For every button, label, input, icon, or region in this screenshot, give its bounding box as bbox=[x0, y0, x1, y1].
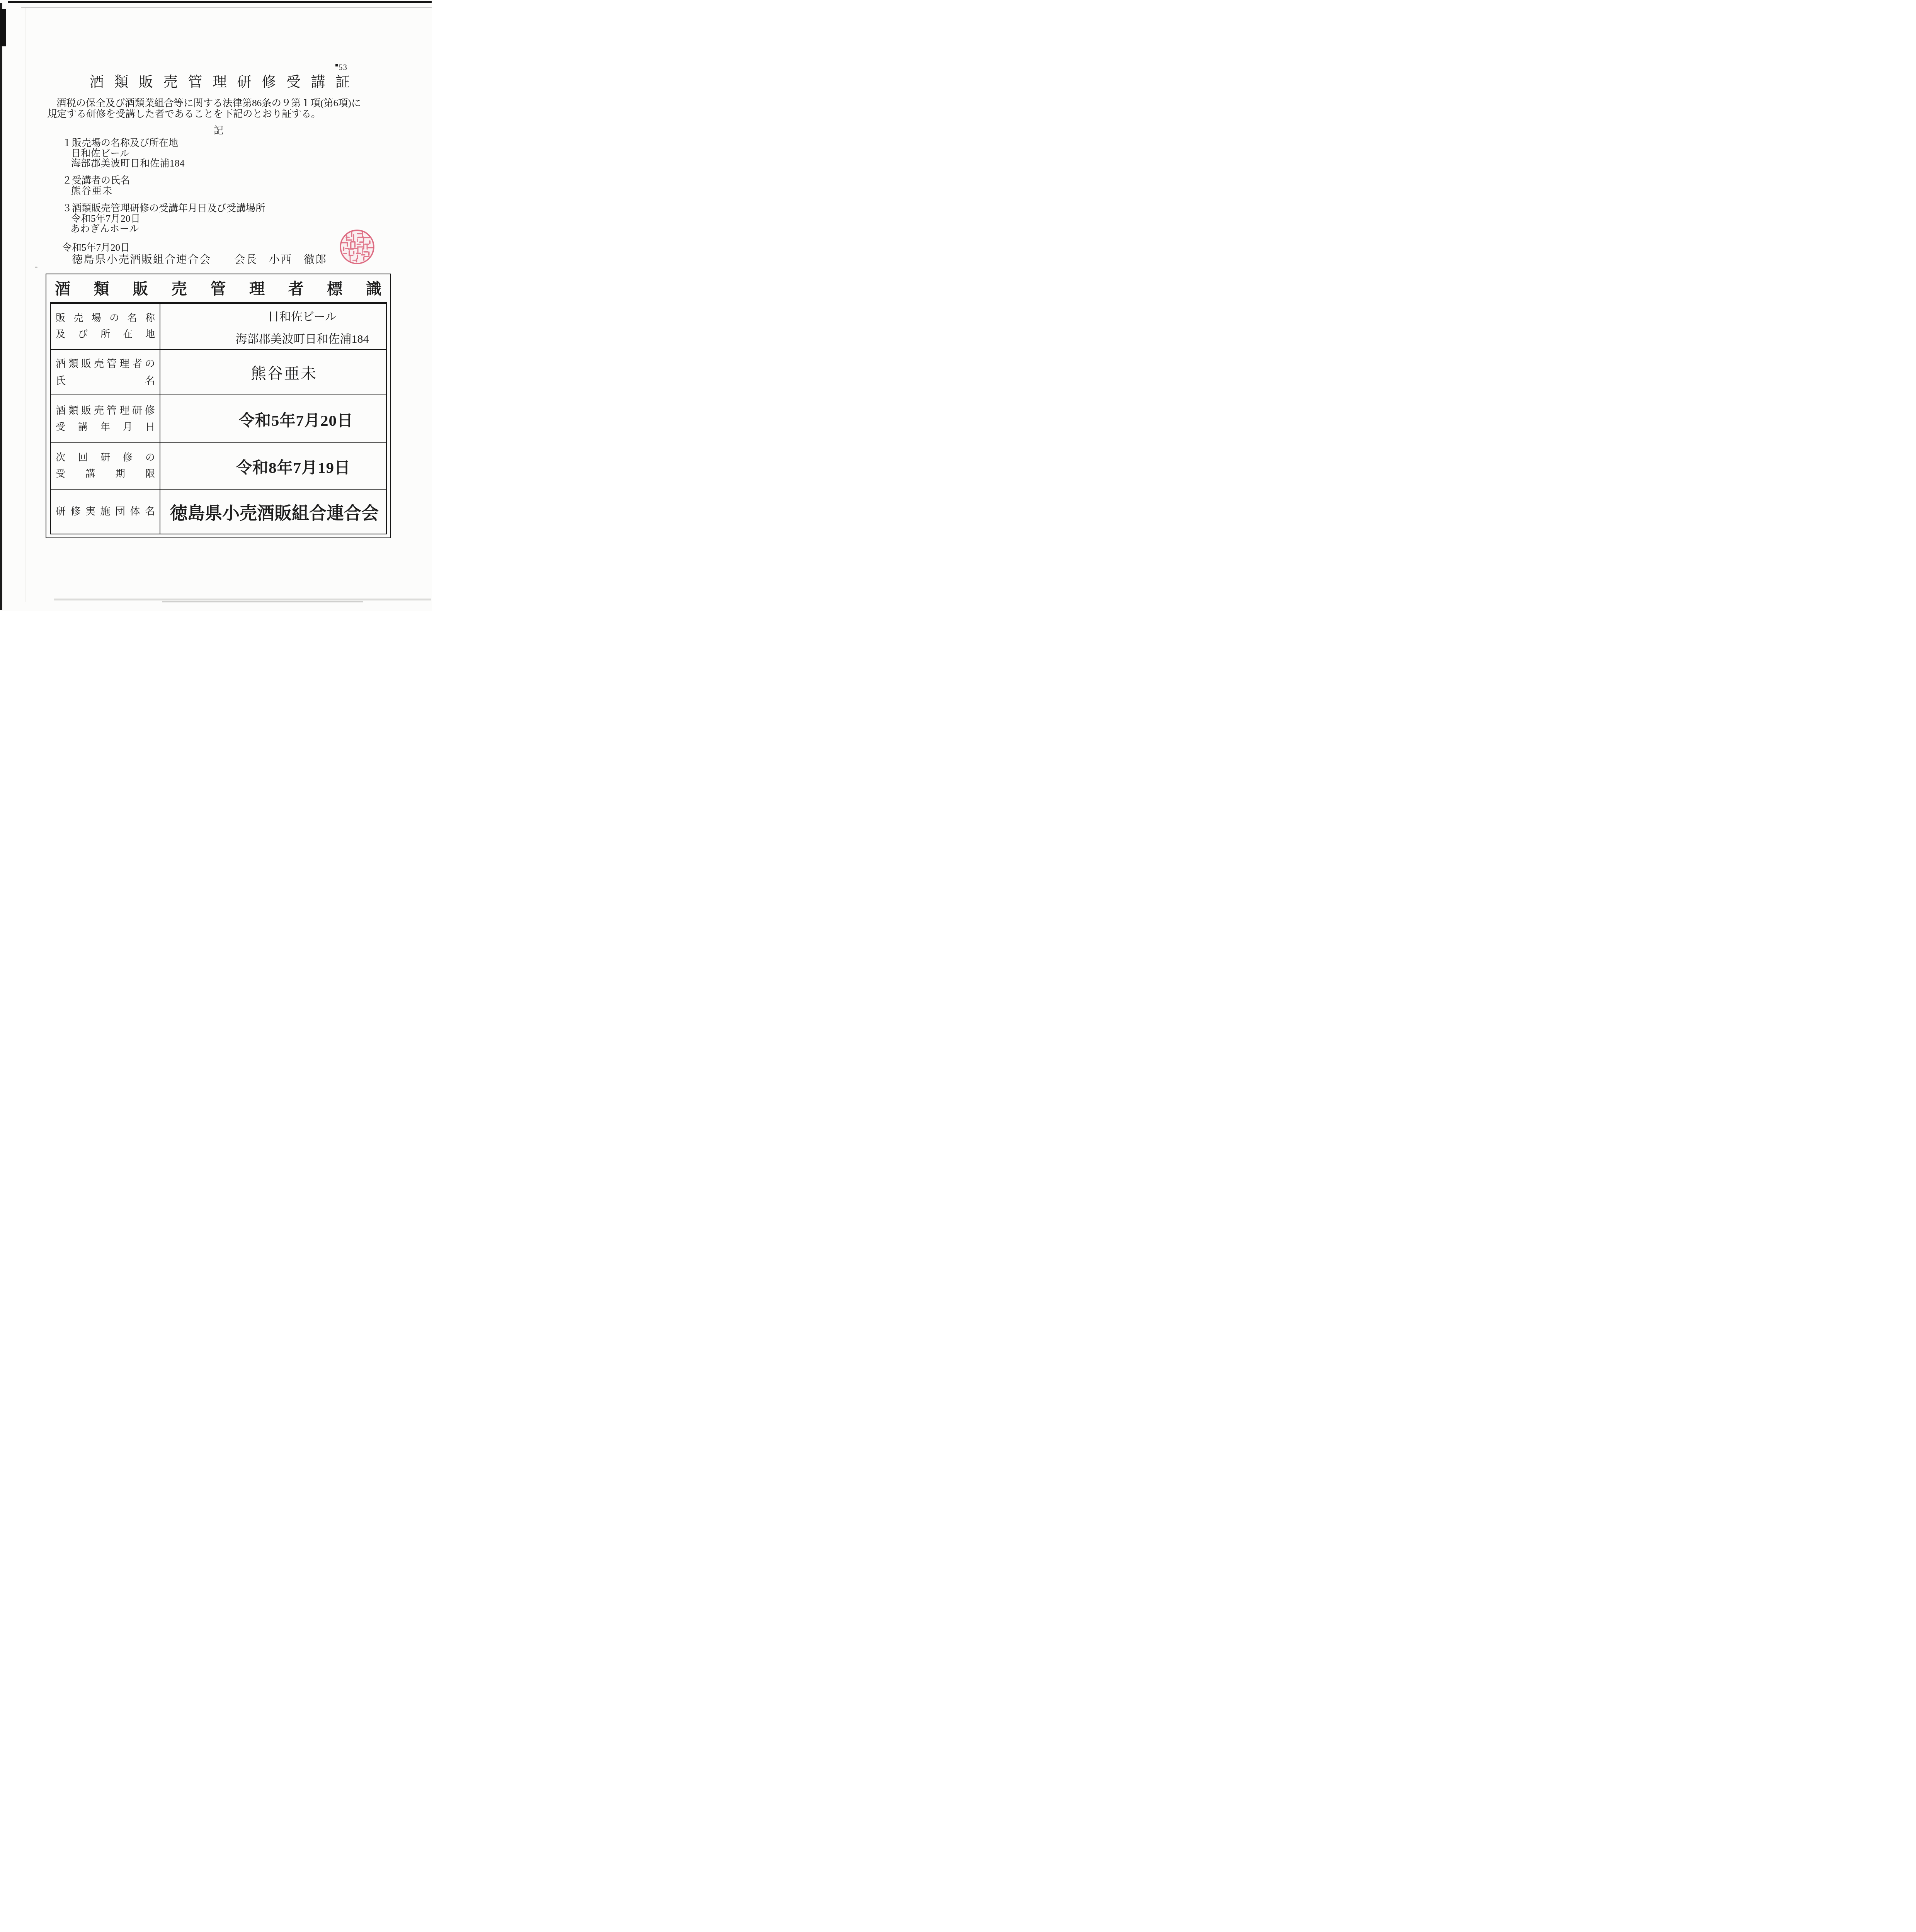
row-1-label-line-1: 販売場の名称 bbox=[56, 313, 155, 324]
scan-artifact-top-gray-line bbox=[21, 7, 432, 8]
row-4-label-line-1: 次回研修の bbox=[56, 452, 155, 464]
table-row-5-label: 研修実施団体名 bbox=[51, 490, 160, 534]
row-4-label-line-2: 受講期限 bbox=[56, 468, 155, 480]
scan-artifact-top-edge bbox=[8, 1, 432, 3]
table-row-2-value: 熊谷亜未 bbox=[160, 350, 386, 395]
table-row-5-value: 徳島県小売酒販組合連合会 bbox=[160, 490, 386, 534]
training-organization-value: 徳島県小売酒販組合連合会 bbox=[170, 499, 379, 524]
issuer-seal-stamp bbox=[339, 229, 375, 265]
table-row-4-label: 次回研修の 受講期限 bbox=[51, 443, 160, 490]
scan-artifact-left-edge bbox=[0, 3, 2, 610]
certificate-body-line-1: 酒税の保全及び酒類業組合等に関する法律第86条の９第１項(第6項)に bbox=[56, 97, 361, 109]
certificate-title: 酒類販売管理研修受講証 bbox=[4, 74, 432, 91]
item-2-attendee-name: 熊谷亜未 bbox=[71, 183, 113, 197]
scan-artifact-small-mark bbox=[35, 267, 37, 268]
table-row-3-value: 令和5年7月20日 bbox=[160, 395, 386, 443]
certificate-body-line-2: 規定する研修を受講した者であることを下記のとおり証する。 bbox=[47, 108, 321, 119]
next-training-deadline-value: 令和8年7月19日 bbox=[236, 455, 351, 478]
row-2-label-line-1: 酒類販売管理者の bbox=[56, 358, 155, 370]
table-row-2-label: 酒類販売管理者の 氏名 bbox=[51, 350, 160, 395]
row-3-label-line-2: 受講年月日 bbox=[56, 422, 155, 433]
scan-artifact-page-fold-line bbox=[25, 8, 26, 602]
scan-artifact-ink-dot bbox=[335, 64, 338, 66]
item-3-training-venue: あわぎんホール bbox=[70, 221, 139, 235]
shop-address-value: 海部郡美波町日和佐浦184 bbox=[236, 329, 369, 346]
row-5-label-line-1: 研修実施団体名 bbox=[56, 505, 155, 517]
row-1-label-line-2: 及び所在地 bbox=[56, 329, 155, 340]
row-3-label-line-1: 酒類販売管理研修 bbox=[56, 405, 155, 417]
page-number: 53 bbox=[339, 63, 347, 72]
table-row-3-label: 酒類販売管理研修 受講年月日 bbox=[51, 395, 160, 443]
item-1-shop-address: 海部郡美波町日和佐浦184 bbox=[71, 156, 185, 170]
row-2-label-line-2: 氏名 bbox=[56, 375, 155, 387]
sign-board-table: 販売場の名称 及び所在地 日和佐ビール 海部郡美波町日和佐浦184 酒類販売管理… bbox=[50, 302, 387, 534]
seal-icon bbox=[339, 229, 375, 265]
sign-board-title: 酒類販売管理者標識 bbox=[46, 277, 390, 301]
scan-artifact-bottom-streak-2 bbox=[162, 601, 363, 602]
record-marker: 記 bbox=[0, 123, 432, 137]
table-row-4-value: 令和8年7月19日 bbox=[160, 443, 386, 490]
certificate-issuer-line: 徳島県小売酒販組合連合会 会長 小西 徹郎 bbox=[72, 251, 327, 267]
manager-name-value: 熊谷亜未 bbox=[251, 361, 317, 383]
table-row-1-value: 日和佐ビール 海部郡美波町日和佐浦184 bbox=[160, 304, 386, 350]
training-date-value: 令和5年7月20日 bbox=[239, 408, 353, 430]
table-row-1-label: 販売場の名称 及び所在地 bbox=[51, 304, 160, 350]
scan-artifact-left-edge-thick bbox=[0, 9, 6, 46]
scan-artifact-bottom-streak bbox=[54, 599, 431, 600]
sign-board: 酒類販売管理者標識 販売場の名称 及び所在地 日和佐ビール 海部郡美波町日和佐浦… bbox=[46, 274, 391, 538]
shop-name-value: 日和佐ビール bbox=[268, 307, 337, 324]
scanned-document-page: 53 酒類販売管理研修受講証 酒税の保全及び酒類業組合等に関する法律第86条の９… bbox=[0, 0, 432, 611]
